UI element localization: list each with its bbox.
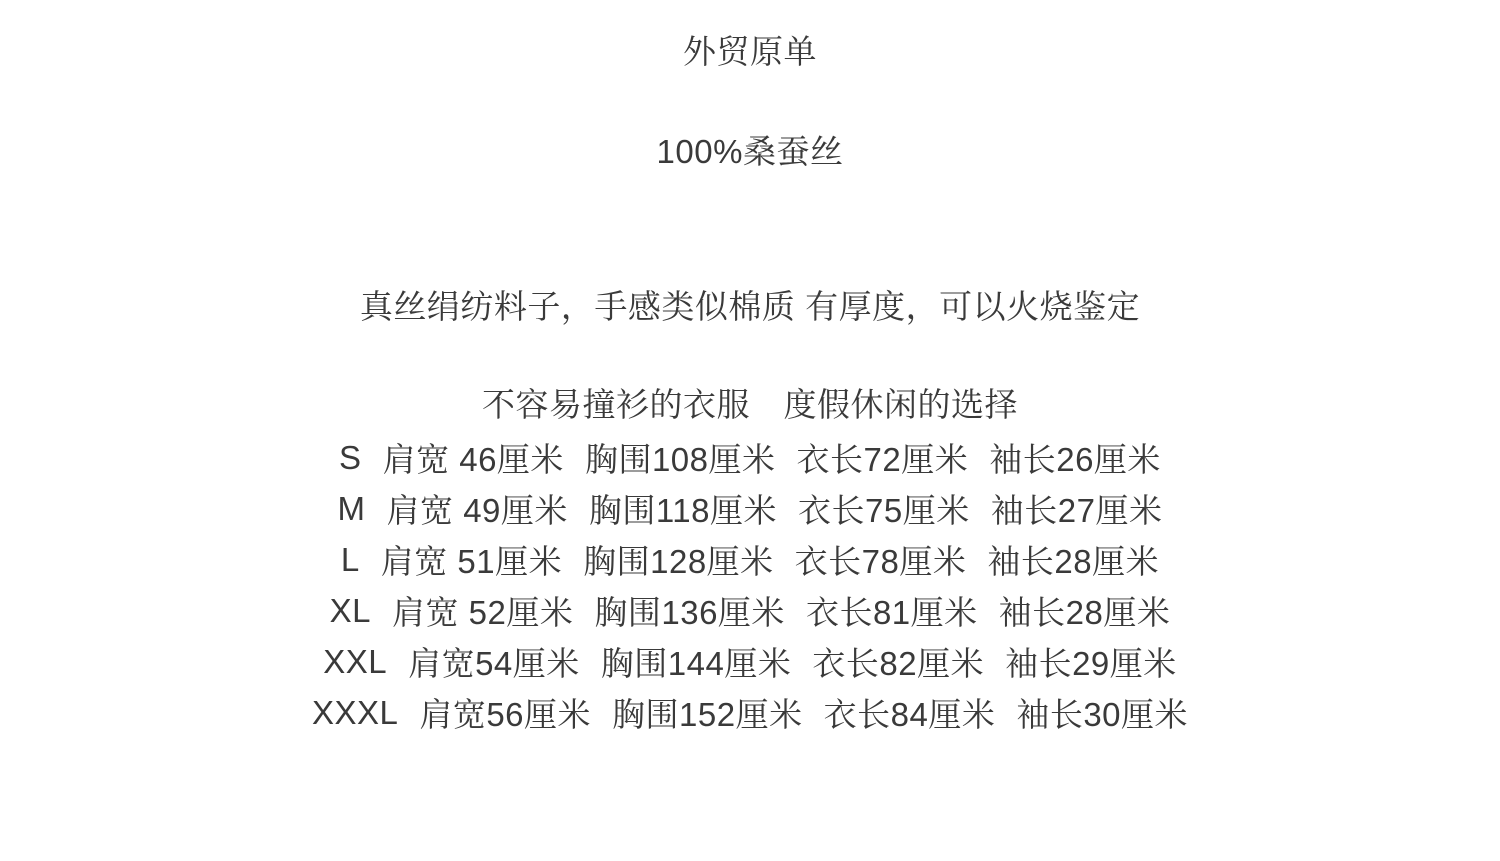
bust-measure: 胸围152厘米 <box>612 689 803 736</box>
size-row-xxxl: XXXL 肩宽56厘米 胸围152厘米 衣长84厘米 袖长30厘米 <box>0 687 1500 738</box>
sleeve-measure: 袖长27厘米 <box>991 485 1163 532</box>
length-measure: 衣长72厘米 <box>797 434 969 481</box>
size-row-l: L 肩宽 51厘米 胸围128厘米 衣长78厘米 袖长28厘米 <box>0 534 1500 585</box>
bust-measure: 胸围118厘米 <box>589 485 777 532</box>
shoulder-measure: 肩宽 49厘米 <box>387 485 568 532</box>
size-row-xxl: XXL 肩宽54厘米 胸围144厘米 衣长82厘米 袖长29厘米 <box>0 636 1500 687</box>
sleeve-measure: 袖长28厘米 <box>999 587 1171 634</box>
product-description-page: 外贸原单 100%桑蚕丝 真丝绢纺料子，手感类似棉质 有厚度，可以火烧鉴定 不容… <box>0 0 1500 861</box>
size-label: XL <box>330 592 371 630</box>
size-label: L <box>341 541 360 579</box>
length-measure: 衣长82厘米 <box>812 638 984 685</box>
length-measure: 衣长78厘米 <box>795 536 967 583</box>
bust-measure: 胸围136厘米 <box>594 587 785 634</box>
size-row-m: M 肩宽 49厘米 胸围118厘米 衣长75厘米 袖长27厘米 <box>0 483 1500 534</box>
style-note: 不容易撞衫的衣服 度假休闲的选择 <box>0 383 1500 427</box>
shoulder-measure: 肩宽 51厘米 <box>381 536 562 583</box>
size-row-s: S 肩宽 46厘米 胸围108厘米 衣长72厘米 袖长26厘米 <box>0 432 1500 483</box>
shoulder-measure: 肩宽56厘米 <box>419 689 591 736</box>
sleeve-measure: 袖长30厘米 <box>1016 689 1188 736</box>
bust-measure: 胸围144厘米 <box>601 638 792 685</box>
size-label: M <box>338 490 366 528</box>
size-label: S <box>339 439 362 477</box>
shoulder-measure: 肩宽 52厘米 <box>392 587 573 634</box>
fabric-description: 真丝绢纺料子，手感类似棉质 有厚度，可以火烧鉴定 <box>0 285 1500 329</box>
sleeve-measure: 袖长28厘米 <box>987 536 1159 583</box>
length-measure: 衣长75厘米 <box>798 485 970 532</box>
length-measure: 衣长84厘米 <box>824 689 996 736</box>
sleeve-measure: 袖长26厘米 <box>989 434 1161 481</box>
bust-measure: 胸围108厘米 <box>585 434 776 481</box>
origin-headline: 外贸原单 <box>0 30 1500 74</box>
bust-measure: 胸围128厘米 <box>583 536 774 583</box>
shoulder-measure: 肩宽54厘米 <box>408 638 580 685</box>
size-chart: S 肩宽 46厘米 胸围108厘米 衣长72厘米 袖长26厘米 M 肩宽 49厘… <box>0 432 1500 738</box>
size-label: XXL <box>323 643 387 681</box>
material-headline: 100%桑蚕丝 <box>0 130 1500 174</box>
sleeve-measure: 袖长29厘米 <box>1005 638 1177 685</box>
size-label: XXXL <box>312 694 398 732</box>
length-measure: 衣长81厘米 <box>806 587 978 634</box>
size-row-xl: XL 肩宽 52厘米 胸围136厘米 衣长81厘米 袖长28厘米 <box>0 585 1500 636</box>
shoulder-measure: 肩宽 46厘米 <box>383 434 564 481</box>
